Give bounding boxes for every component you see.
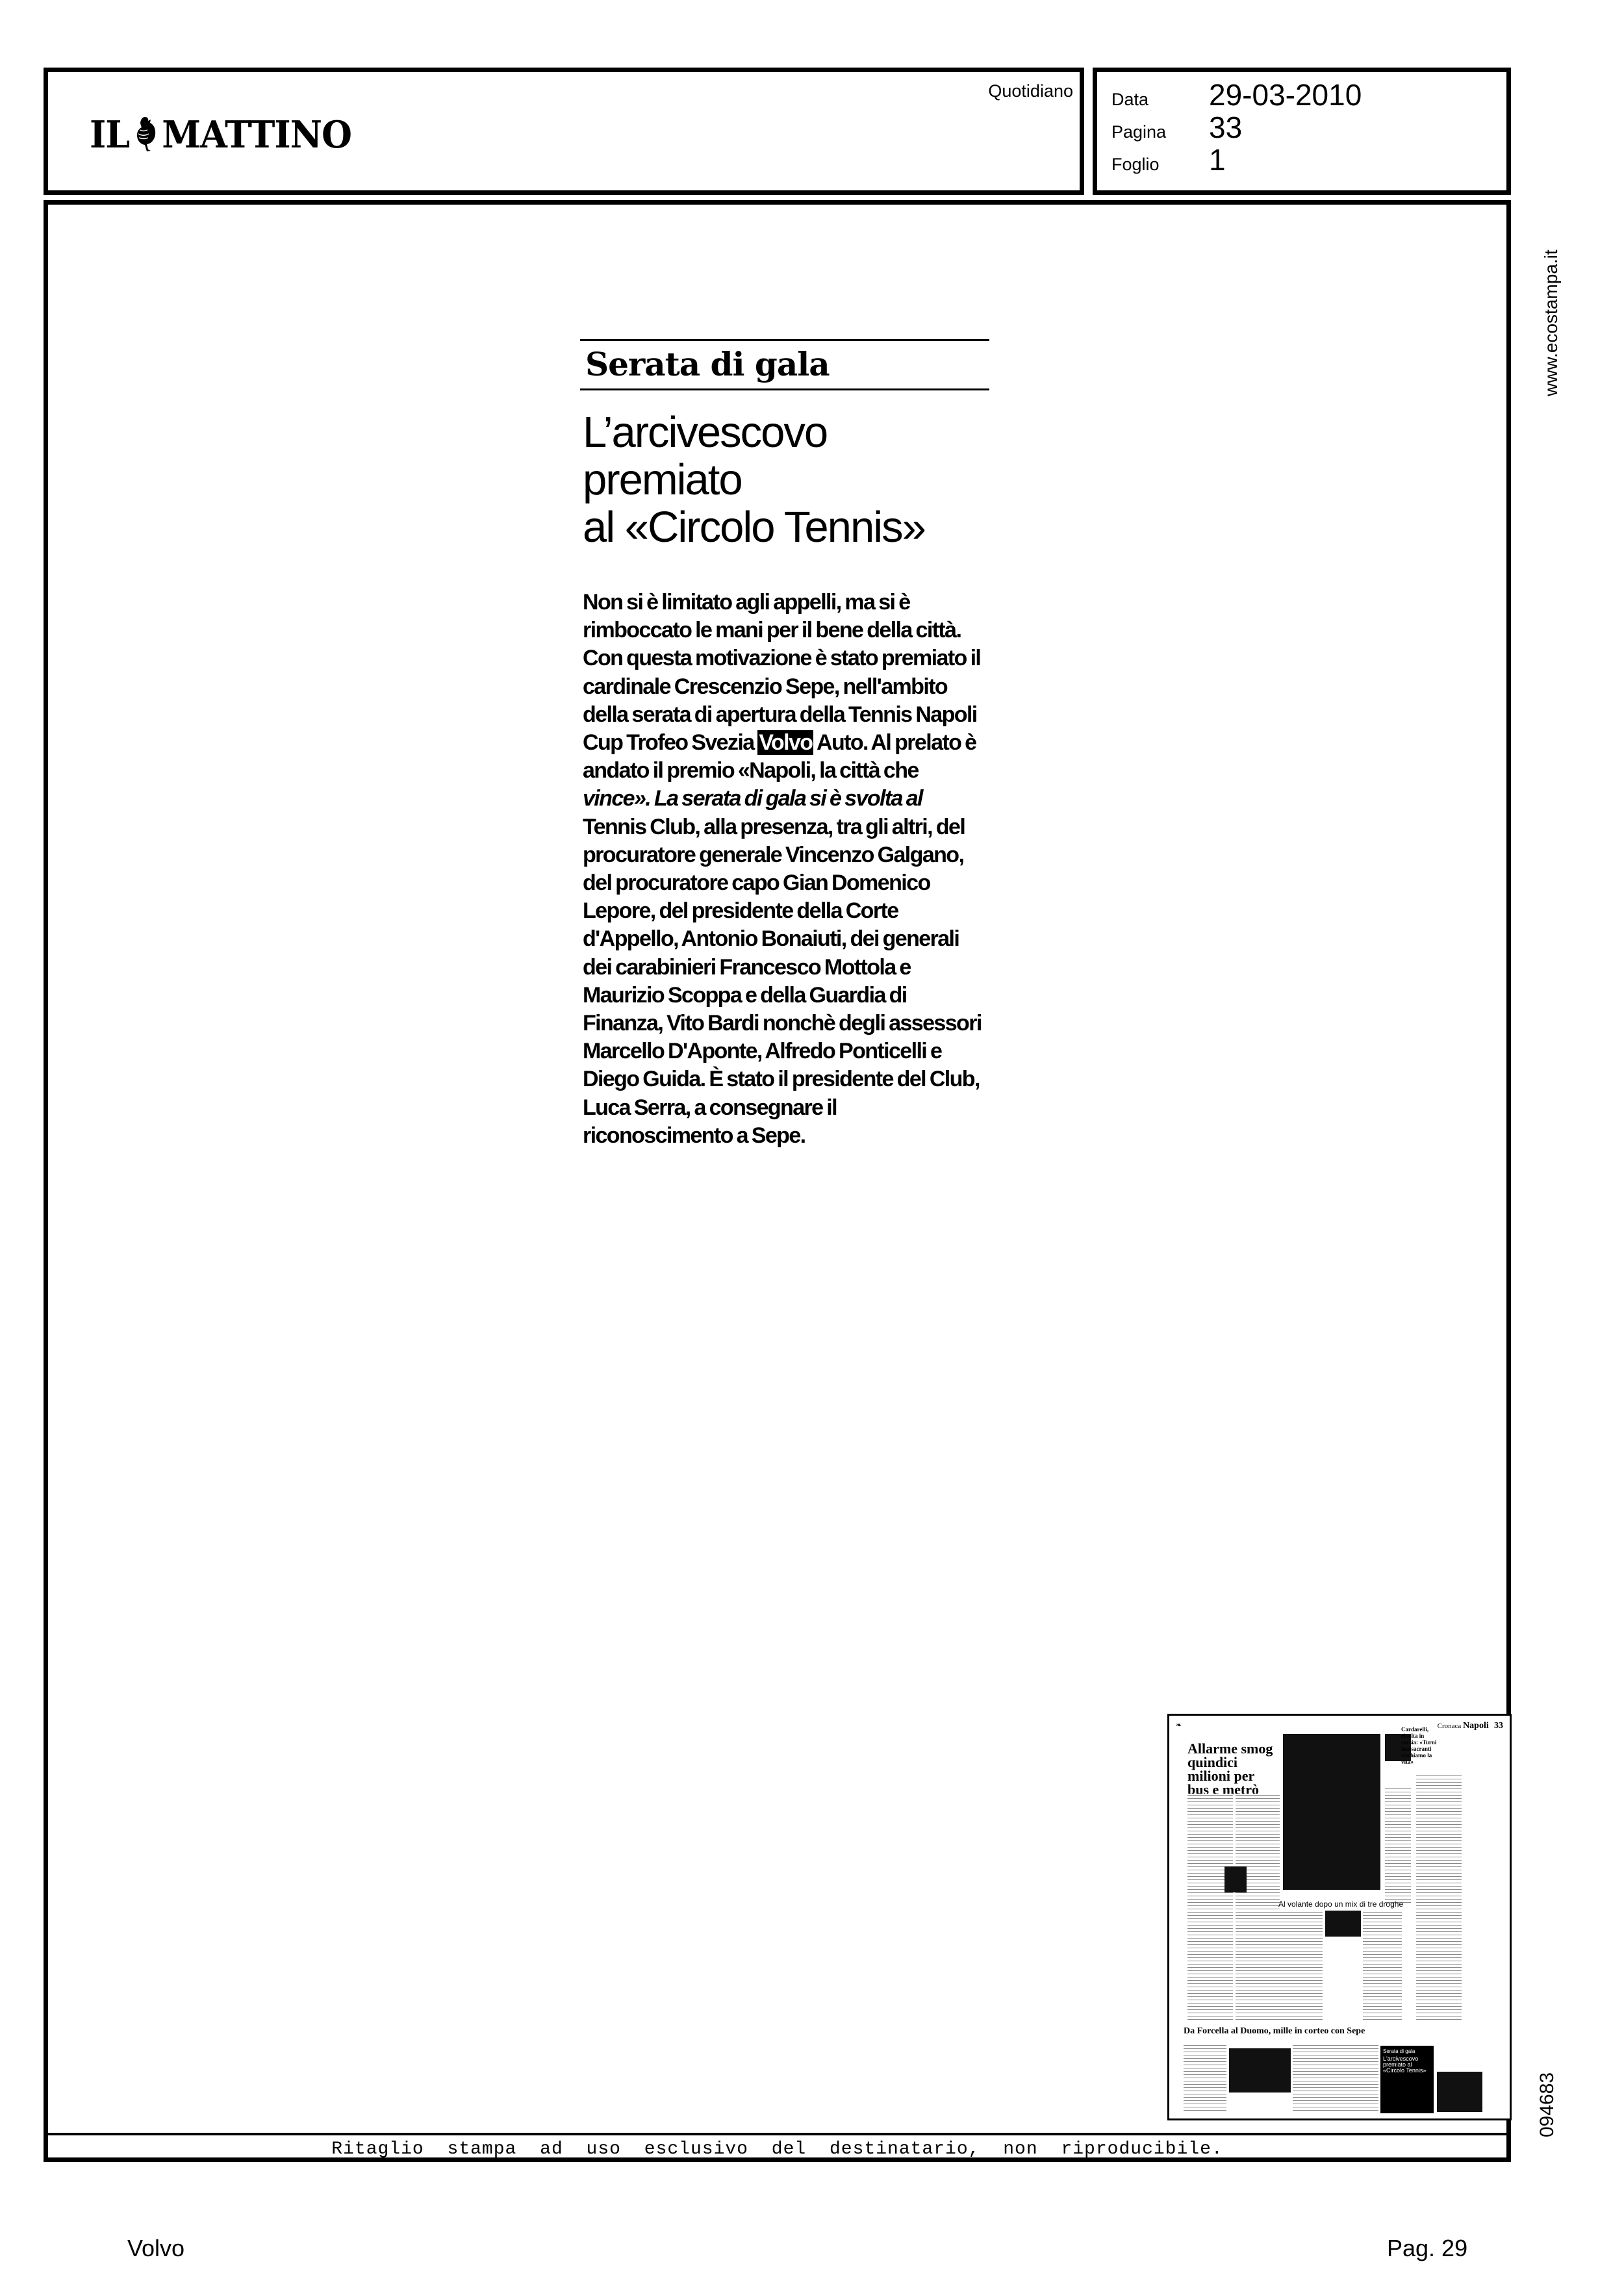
thumbnail-headline-2: Da Forcella al Duomo, mille in corteo co… <box>1184 2026 1365 2037</box>
thumbnail-header: ❧ Cronaca Napoli 33 <box>1176 1721 1503 1734</box>
thumbnail-subhead: Al volante dopo un mix di tre droghe <box>1278 1900 1403 1909</box>
article-kicker: Serata di gala <box>580 341 989 388</box>
thumbnail-photo <box>1283 1734 1380 1890</box>
newspaper-logo: IL MATTINO <box>90 115 351 154</box>
thumbnail-logo-icon: ❧ <box>1176 1721 1182 1734</box>
meta-label: Pagina <box>1111 122 1209 142</box>
copyright-note: Ritaglio stampa ad uso esclusivo del des… <box>48 2139 1506 2159</box>
thumbnail-small-photo <box>1224 1866 1247 1892</box>
meta-row-date: Data 29-03-2010 <box>1111 77 1362 112</box>
kicker-bottom-rule <box>580 388 989 390</box>
body-text: Tennis Club, alla presenza, tra gli altr… <box>583 815 982 1148</box>
meta-value-date: 29-03-2010 <box>1209 77 1362 112</box>
masthead-box: IL MATTINO Quotidiano <box>44 68 1084 195</box>
keyword-highlight: Volvo <box>757 730 813 755</box>
thumbnail-column <box>1184 2044 1226 2112</box>
thumbnail-column <box>1293 2044 1378 2112</box>
footer-divider <box>48 2133 1506 2135</box>
thumbnail-column <box>1385 1787 1411 1904</box>
thumbnail-highlighted-article: Serata di gala L'arcivescovo premiato al… <box>1380 2046 1434 2113</box>
thumbnail-column <box>1187 1794 1233 2021</box>
clipping-code: 094683 <box>1536 2072 1558 2137</box>
meta-value-sheet: 1 <box>1209 142 1226 177</box>
logo-text-right: MATTINO <box>162 116 351 153</box>
page-number: Pag. 29 <box>1387 2235 1467 2262</box>
source-website: www.ecostampa.it <box>1541 249 1562 396</box>
meta-label: Data <box>1111 90 1209 110</box>
thumbnail-photo <box>1325 1911 1361 1937</box>
headline-line: premiato <box>583 456 989 503</box>
article-headline: L’arcivescovo premiato al «Circolo Tenni… <box>580 409 989 551</box>
thumbnail-column <box>1278 1911 1323 2021</box>
thumbnail-column <box>1236 1794 1280 2021</box>
body-text-italic: vince». La serata di gala si è svolta al <box>583 786 922 811</box>
thumbnail-photo <box>1229 2048 1291 2093</box>
meta-value-page: 33 <box>1209 110 1242 145</box>
thumbnail-column <box>1416 1774 1462 2021</box>
meta-label: Foglio <box>1111 155 1209 175</box>
metadata-box: Data 29-03-2010 Pagina 33 Foglio 1 <box>1093 68 1511 195</box>
page-thumbnail: ❧ Cronaca Napoli 33 Allarme smog quindic… <box>1167 1714 1512 2120</box>
publication-type: Quotidiano <box>988 81 1073 101</box>
thumbnail-side-headline: Cardarelli, rivolta in corsia: «Turni ma… <box>1401 1726 1440 1765</box>
meta-row-sheet: Foglio 1 <box>1111 142 1226 177</box>
article-body: Non si è limitato agli appelli, ma si è … <box>580 589 985 1150</box>
thumbnail-section: Cronaca Napoli 33 <box>1438 1721 1503 1734</box>
client-name: Volvo <box>127 2235 184 2262</box>
thumbnail-headline: Allarme smog quindici milioni per bus e … <box>1187 1742 1278 1796</box>
thumbnail-photo <box>1437 2072 1482 2112</box>
rooster-icon <box>131 114 160 155</box>
meta-row-page: Pagina 33 <box>1111 110 1242 145</box>
thumbnail-column <box>1363 1911 1402 2021</box>
article: Serata di gala L’arcivescovo premiato al… <box>580 339 989 1150</box>
headline-line: L’arcivescovo <box>583 409 989 456</box>
logo-text-left: IL <box>90 116 129 153</box>
headline-line: al «Circolo Tennis» <box>583 503 989 551</box>
